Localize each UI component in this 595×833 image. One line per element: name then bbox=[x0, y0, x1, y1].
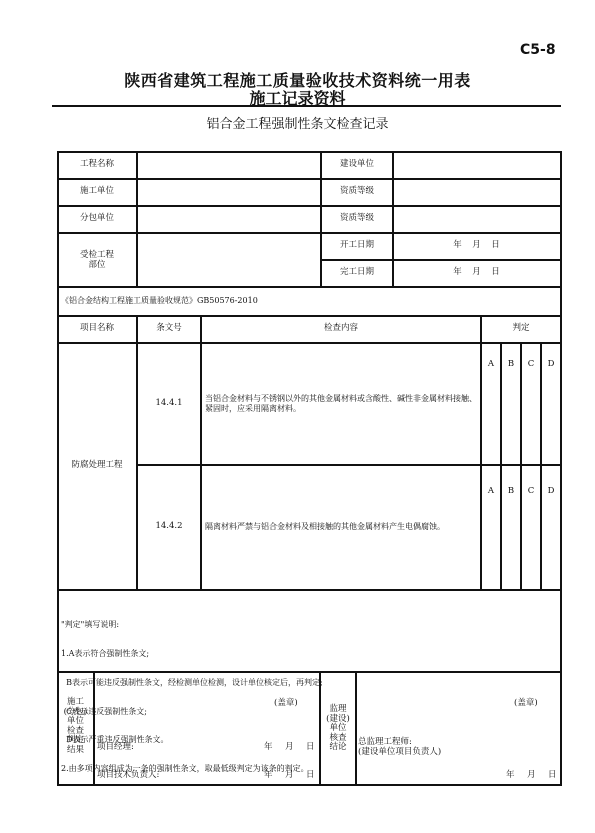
grade-c-option[interactable]: C bbox=[522, 355, 540, 375]
clause-number: 14.4.1 bbox=[138, 343, 200, 464]
grade-b-option[interactable]: B bbox=[502, 355, 520, 375]
form-title: 铝合金工程强制性条文检查记录 bbox=[0, 113, 595, 132]
end-date-label: 完工日期 bbox=[322, 260, 392, 286]
tech-lead-label: 项目技术负责人: bbox=[97, 768, 159, 780]
project-name-label: 工程名称 bbox=[58, 152, 136, 178]
clause-content: 隔离材料严禁与铝合金材料及相接触的其他金属材料产生电偶腐蚀。 bbox=[202, 465, 480, 589]
header-content: 检查内容 bbox=[202, 316, 480, 342]
tech-lead-date[interactable]: 年 月 日 bbox=[264, 768, 317, 780]
header-judgement: 判定 bbox=[482, 316, 560, 342]
notes-line: 1.A表示符合强制性条文; bbox=[61, 649, 323, 659]
grade-a-option[interactable]: A bbox=[482, 355, 500, 375]
header-clause-no: 条文号 bbox=[138, 316, 200, 342]
grade-a-option[interactable]: A bbox=[482, 482, 500, 502]
inspected-part-label: 受检工程 部位 bbox=[58, 233, 136, 286]
contractor-label: 施工单位 bbox=[58, 179, 136, 205]
project-manager-label: 项目经理: bbox=[97, 740, 134, 752]
contractor-field[interactable] bbox=[138, 179, 320, 205]
grade-d-option[interactable]: D bbox=[542, 355, 560, 375]
contractor-qualification-field[interactable] bbox=[394, 179, 560, 205]
group-name: 防腐处理工程 bbox=[58, 343, 136, 589]
owner-label: 建设单位 bbox=[322, 152, 392, 178]
contractor-qualification-label: 资质等级 bbox=[322, 179, 392, 205]
subcontractor-field[interactable] bbox=[138, 206, 320, 232]
header-item-name: 项目名称 bbox=[58, 316, 136, 342]
project-manager-date[interactable]: 年 月 日 bbox=[264, 740, 317, 752]
end-date-field[interactable]: 年 月 日 bbox=[394, 260, 560, 286]
start-date-label: 开工日期 bbox=[322, 233, 392, 259]
inspected-part-field[interactable] bbox=[138, 233, 320, 286]
chief-engineer-label: 总监理工程师: (建设单位项目负责人) bbox=[358, 738, 441, 757]
supervisor-date[interactable]: 年 月 日 bbox=[506, 768, 559, 780]
contractor-seal: (盖章) bbox=[274, 696, 298, 708]
form-code: C5-8 bbox=[520, 42, 556, 58]
standard-reference: 《铝合金结构工程施工质量验收规范》GB50576-2010 bbox=[58, 287, 558, 315]
judgement-notes: "判定"填写说明: 1.A表示符合强制性条文; B表示可能违反强制性条文，经检测… bbox=[61, 601, 323, 783]
subcontractor-qualification-label: 资质等级 bbox=[322, 206, 392, 232]
clause-content: 当铝合金材料与不锈钢以外的其他金属材料或含酸性、碱性非金属材料接触、紧固时，应采… bbox=[202, 343, 480, 464]
notes-line: B表示可能违反强制性条文，经检测单位检测，设计单位核定后，再判定; bbox=[61, 678, 323, 688]
contractor-result-label: 施工 (分包) 单位 检查 判定 结果 bbox=[58, 698, 93, 755]
supervisor-conclusion-label: 监理 (建设) 单位 核查 结论 bbox=[321, 705, 355, 753]
project-name-field[interactable] bbox=[138, 152, 320, 178]
supervisor-seal: (盖章) bbox=[514, 696, 538, 708]
notes-title: "判定"填写说明: bbox=[61, 620, 323, 630]
subcontractor-label: 分包单位 bbox=[58, 206, 136, 232]
grade-c-option[interactable]: C bbox=[522, 482, 540, 502]
owner-field[interactable] bbox=[394, 152, 560, 178]
start-date-field[interactable]: 年 月 日 bbox=[394, 233, 560, 259]
title-rule bbox=[52, 105, 561, 107]
grade-b-option[interactable]: B bbox=[502, 482, 520, 502]
clause-number: 14.4.2 bbox=[138, 465, 200, 589]
subcontractor-qualification-field[interactable] bbox=[394, 206, 560, 232]
grade-d-option[interactable]: D bbox=[542, 482, 560, 502]
